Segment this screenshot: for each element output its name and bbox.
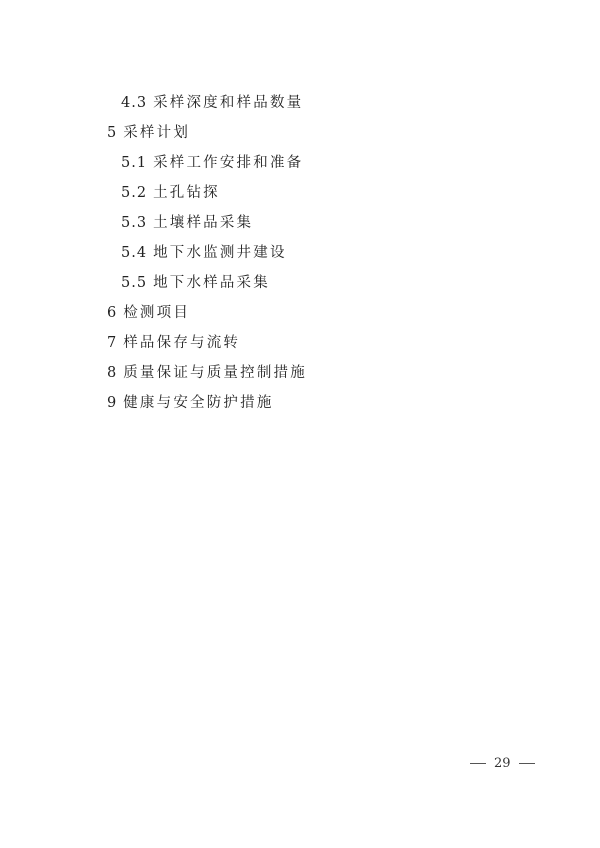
page-number-value: 29 bbox=[494, 756, 511, 771]
toc-item-title: 采样工作安排和准备 bbox=[153, 155, 303, 171]
toc-item-title: 质量保证与质量控制措施 bbox=[123, 365, 307, 381]
toc-item-number: 5.1 bbox=[121, 155, 147, 171]
toc-item-title: 采样计划 bbox=[123, 125, 190, 141]
dash-right bbox=[519, 763, 535, 764]
toc-item-title: 样品保存与流转 bbox=[123, 335, 240, 351]
toc-item: 9健康与安全防护措施 bbox=[107, 394, 274, 412]
page-number: 29 bbox=[462, 756, 543, 771]
toc-item: 5.1采样工作安排和准备 bbox=[121, 154, 303, 172]
toc-item: 7样品保存与流转 bbox=[107, 334, 240, 352]
toc-item: 5采样计划 bbox=[107, 124, 190, 142]
toc-item-number: 5 bbox=[107, 125, 117, 141]
toc-item-title: 地下水样品采集 bbox=[153, 275, 270, 291]
toc-item-title: 土壤样品采集 bbox=[153, 215, 253, 231]
toc-item-number: 5.2 bbox=[121, 185, 147, 201]
toc-item-title: 检测项目 bbox=[123, 305, 190, 321]
toc-item: 5.4地下水监测井建设 bbox=[121, 244, 287, 262]
toc-item-number: 5.5 bbox=[121, 275, 147, 291]
toc-item-number: 8 bbox=[107, 365, 117, 381]
toc-item-number: 9 bbox=[107, 395, 117, 411]
toc-item: 5.2土孔钻探 bbox=[121, 184, 220, 202]
toc-item: 8质量保证与质量控制措施 bbox=[107, 364, 307, 382]
toc-item-title: 采样深度和样品数量 bbox=[153, 95, 303, 111]
toc-item-title: 健康与安全防护措施 bbox=[123, 395, 273, 411]
toc-item: 4.3采样深度和样品数量 bbox=[121, 94, 303, 112]
toc-item-number: 5.4 bbox=[121, 245, 147, 261]
toc-item-number: 5.3 bbox=[121, 215, 147, 231]
toc-item-number: 4.3 bbox=[121, 95, 147, 111]
toc-item-title: 土孔钻探 bbox=[153, 185, 220, 201]
dash-left bbox=[470, 763, 486, 764]
toc-item: 5.5地下水样品采集 bbox=[121, 274, 270, 292]
toc-item: 6检测项目 bbox=[107, 304, 190, 322]
toc-item-number: 7 bbox=[107, 335, 117, 351]
toc-item-number: 6 bbox=[107, 305, 117, 321]
toc-item-title: 地下水监测井建设 bbox=[153, 245, 287, 261]
toc-item: 5.3土壤样品采集 bbox=[121, 214, 253, 232]
